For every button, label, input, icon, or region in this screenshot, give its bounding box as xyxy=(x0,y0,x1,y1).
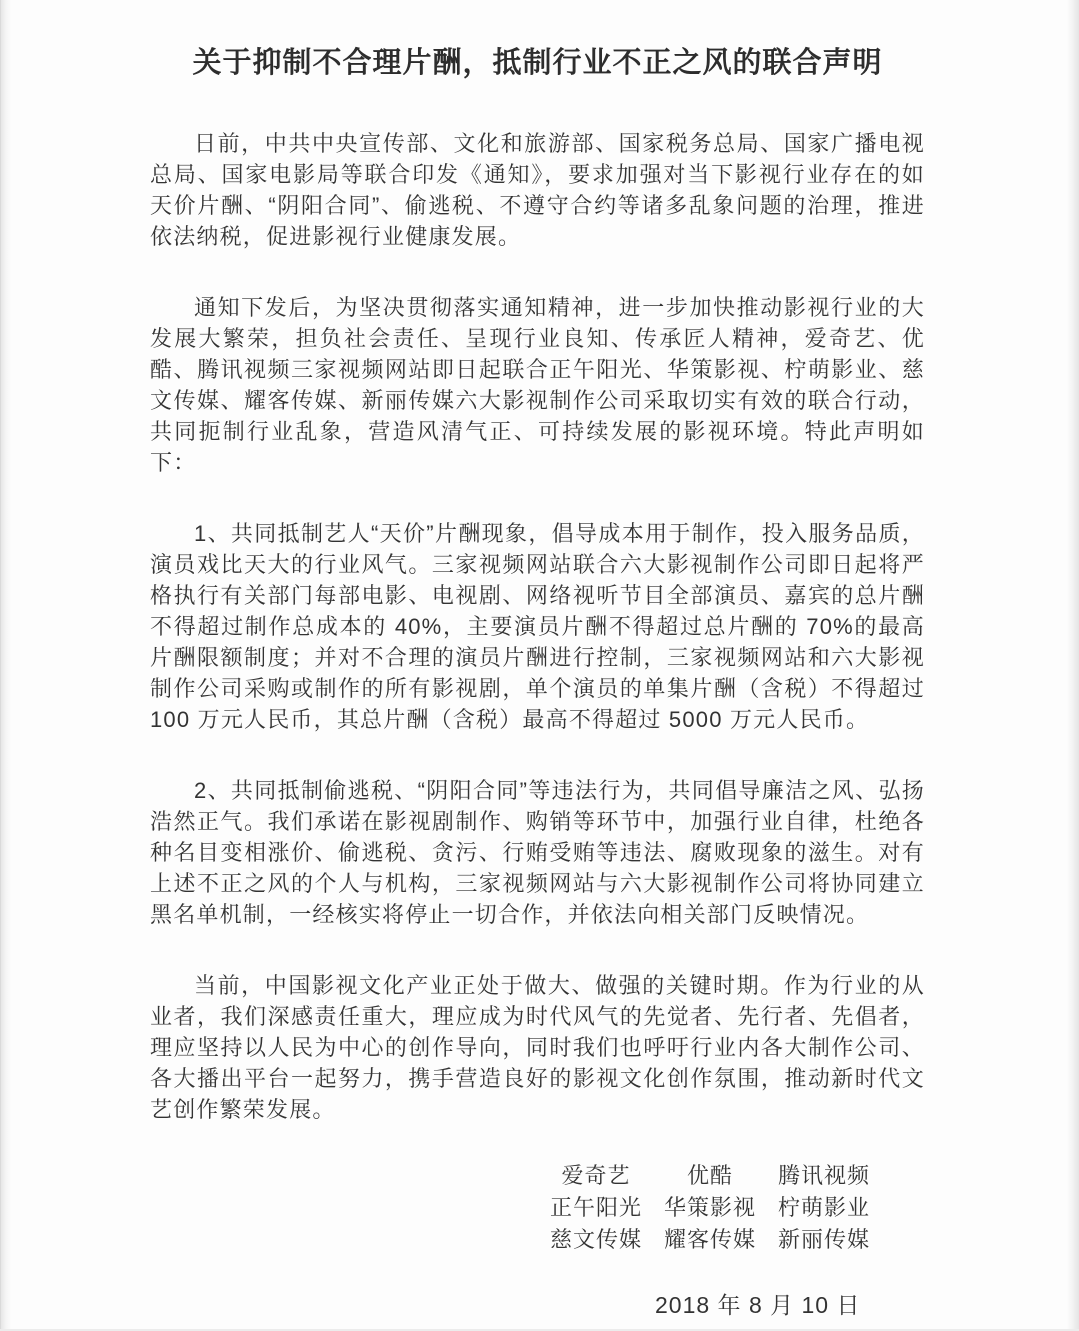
clause-2-paragraph: 2、共同抵制偷逃税、“阴阳合同”等违法行为，共同倡导廉洁之风、弘扬浩然正气。我们… xyxy=(150,775,925,930)
statement-document: 关于抑制不合理片酬，抵制行业不正之风的联合声明 日前，中共中央宣传部、文化和旅游… xyxy=(0,0,1079,1317)
signatory-name: 爱奇艺 xyxy=(561,1165,630,1187)
scan-edge-left xyxy=(0,0,11,1331)
closing-paragraph: 当前，中国影视文化产业正处于做大、做强的关键时期。作为行业的从业者，我们深感责任… xyxy=(150,970,925,1125)
signatory-name: 柠萌影业 xyxy=(778,1197,870,1219)
signatory-name: 新丽传媒 xyxy=(778,1229,870,1251)
signatory-name: 华策影视 xyxy=(664,1197,756,1219)
signatory-name: 正午阳光 xyxy=(550,1197,642,1219)
background-paragraph: 通知下发后，为坚决贯彻落实通知精神，进一步加快推动影视行业的大发展大繁荣，担负社… xyxy=(150,292,925,478)
clause-1-paragraph: 1、共同抵制艺人“天价”片酬现象，倡导成本用于制作，投入服务品质，演员戏比天大的… xyxy=(150,518,925,735)
signatory-name: 慈文传媒 xyxy=(550,1229,642,1251)
signatory-name: 耀客传媒 xyxy=(664,1229,756,1251)
date-line: 2018 年 8 月 10 日 xyxy=(655,1293,925,1317)
document-title: 关于抑制不合理片酬，抵制行业不正之风的联合声明 xyxy=(150,44,925,82)
intro-paragraph: 日前，中共中央宣传部、文化和旅游部、国家税务总局、国家广播电视总局、国家电影局等… xyxy=(150,128,925,252)
signatory-name: 腾讯视频 xyxy=(778,1165,870,1187)
scan-edge-right xyxy=(1067,0,1079,1331)
signatory-name: 优酷 xyxy=(687,1165,733,1187)
signature-block: 爱奇艺 优酷 腾讯视频 正午阳光 华策影视 柠萌影业 慈文传媒 耀客传媒 新丽传… xyxy=(550,1165,925,1251)
